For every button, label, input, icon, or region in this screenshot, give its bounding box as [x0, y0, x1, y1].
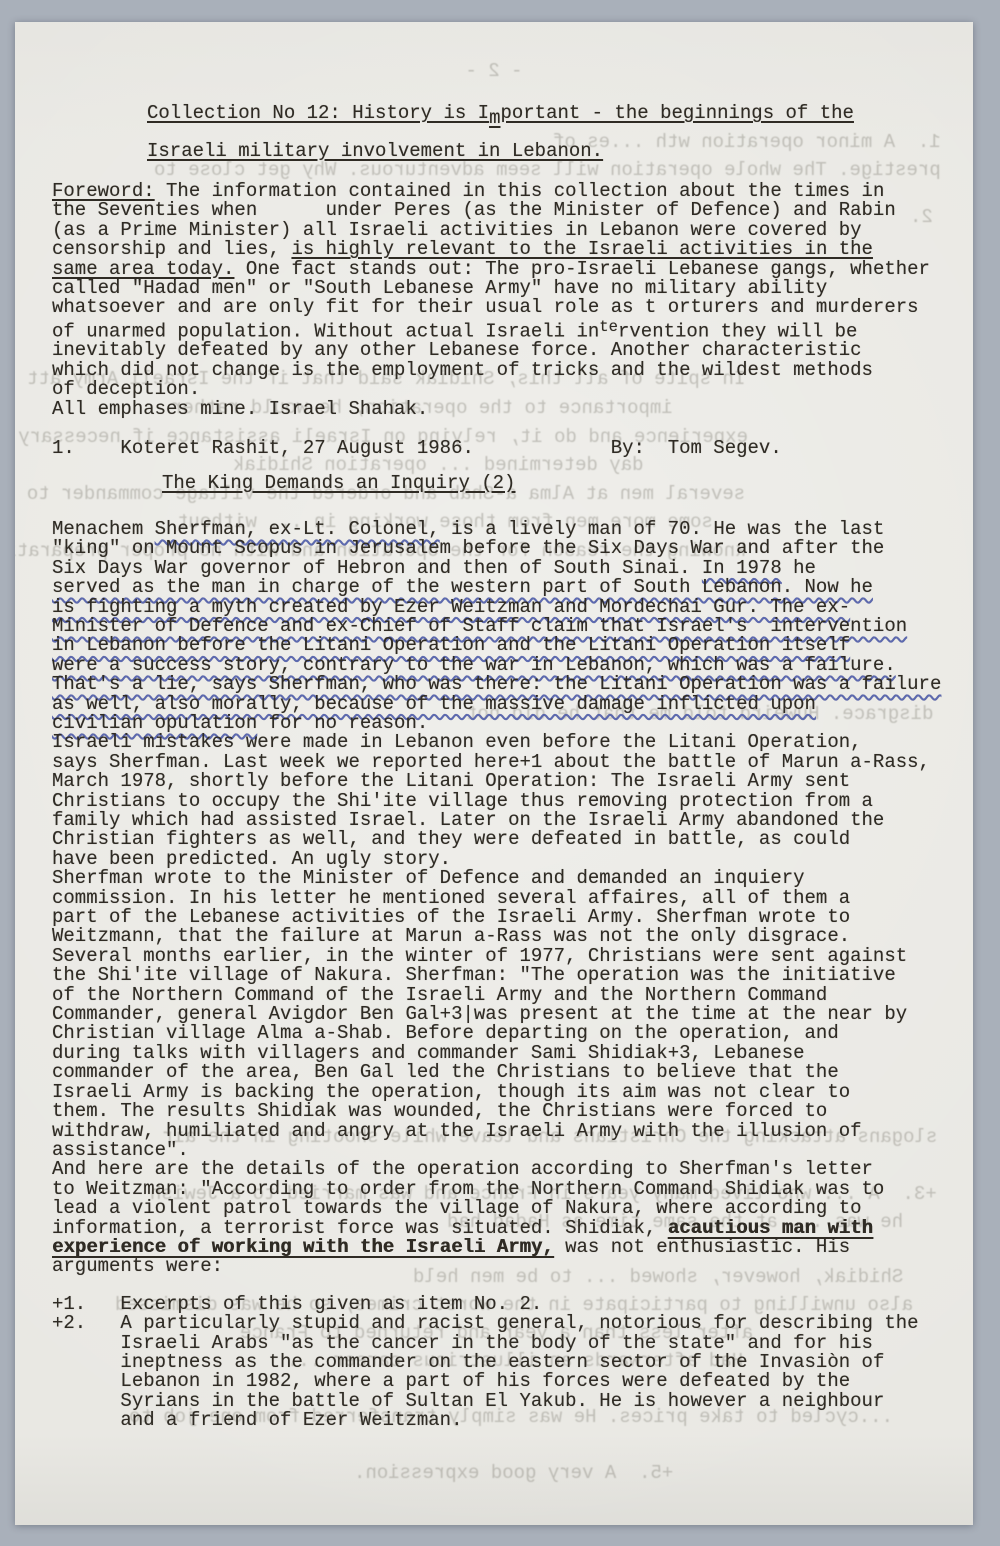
details-paragraph: And here are the details of the operatio… [52, 1160, 957, 1276]
document-page: - 2 -1. A minor operation wth ...es ofpr… [15, 22, 973, 1525]
source-line: 1. Koteret Rashit, 27 August 1986. By: T… [52, 439, 957, 458]
text-run: served as the man in charge of the weste… [52, 576, 941, 714]
article-heading: The King Demands an Inquiry (2) [162, 474, 957, 493]
text-run: Israeli mistakes were made in Lebanon ev… [52, 731, 930, 869]
mistakes-paragraph: Israeli mistakes were made in Lebanon ev… [52, 733, 957, 869]
text-run: Collection No 12: History is I [147, 102, 489, 124]
bleedthrough-text: +5. A very good expression. [354, 1464, 673, 1483]
text-run: m [489, 107, 500, 129]
text-run: te [599, 318, 618, 336]
text-run: Israeli military involvement in Lebanon. [147, 140, 603, 162]
document-body: Collection No 12: History is Important -… [52, 97, 957, 1431]
text-run: Sherfman wrote to the Minister of Defenc… [52, 867, 907, 1161]
sherfman-paragraph: Menachem Sherfman, ex-Lt. Colonel, is a … [52, 520, 957, 733]
inquiry-paragraph: Sherfman wrote to the Minister of Defenc… [52, 869, 957, 1160]
text-run: +2. A particularly stupid and racist gen… [52, 1312, 919, 1431]
bleedthrough-text: - 2 - [15, 62, 973, 81]
text-run: portant - the beginnings of the [500, 102, 853, 124]
footnote-2: +2. A particularly stupid and racist gen… [52, 1314, 957, 1430]
foreword-paragraph: Foreword: The information contained in t… [52, 182, 957, 419]
document-title: Collection No 12: History is Important -… [147, 97, 957, 168]
text-run: The King Demands an Inquiry (2) [162, 472, 515, 494]
text-run: 1. Koteret Rashit, 27 August 1986. By: T… [52, 437, 782, 459]
